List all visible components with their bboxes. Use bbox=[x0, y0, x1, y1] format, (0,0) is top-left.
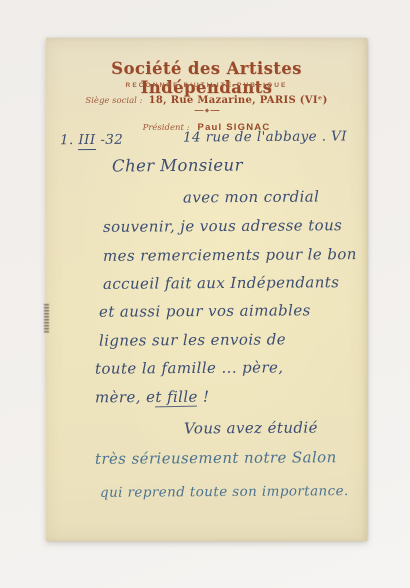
body-line: qui reprend toute son importance. bbox=[100, 483, 349, 501]
body-line: Vous avez étudié bbox=[184, 419, 318, 438]
body-line: mes remerciements pour le bon bbox=[103, 245, 357, 265]
letterhead-subtitle: RECONNUE D'UTILITÉ PUBLIQUE bbox=[46, 82, 367, 89]
siege-social-label: Siège social : bbox=[85, 96, 142, 106]
body-line: et aussi pour vos aimables bbox=[99, 301, 311, 320]
body-line: avec mon cordial bbox=[183, 188, 319, 207]
photo-background: Société des Artistes Indépendants RECONN… bbox=[0, 0, 410, 588]
body-line: souvenir, je vous adresse tous bbox=[103, 216, 342, 236]
printer-mark bbox=[44, 304, 49, 333]
body-line: lignes sur les envois de bbox=[99, 330, 286, 349]
siege-social-value: 18, Rue Mazarine, PARIS (VIᵉ) bbox=[149, 95, 328, 106]
letter-paper: Société des Artistes Indépendants RECONN… bbox=[46, 38, 367, 541]
ornament-diamond bbox=[204, 108, 208, 112]
ornament-bar-left bbox=[194, 110, 203, 111]
ornament-bar-right bbox=[210, 110, 219, 111]
date-year: -32 bbox=[100, 132, 123, 148]
letterhead-title: Société des Artistes Indépendants bbox=[46, 59, 367, 97]
date-day: 1. bbox=[60, 132, 74, 148]
body-line: accueil fait aux Indépendants bbox=[103, 273, 339, 293]
sender-address: 14 rue de l'abbaye . VI bbox=[183, 128, 347, 145]
date-month: III bbox=[78, 132, 95, 150]
divider-ornament bbox=[194, 109, 219, 112]
fille-underline bbox=[155, 406, 197, 408]
salutation: Cher Monsieur bbox=[112, 156, 243, 176]
body-line: mère, et fille ! bbox=[95, 388, 209, 407]
body-line: toute la famille ... père, bbox=[95, 358, 284, 377]
body-line: très sérieusement notre Salon bbox=[95, 448, 337, 468]
letterhead-address-line: Siège social : 18, Rue Mazarine, PARIS (… bbox=[46, 95, 367, 106]
handwritten-date: 1. III -32 bbox=[60, 132, 123, 148]
